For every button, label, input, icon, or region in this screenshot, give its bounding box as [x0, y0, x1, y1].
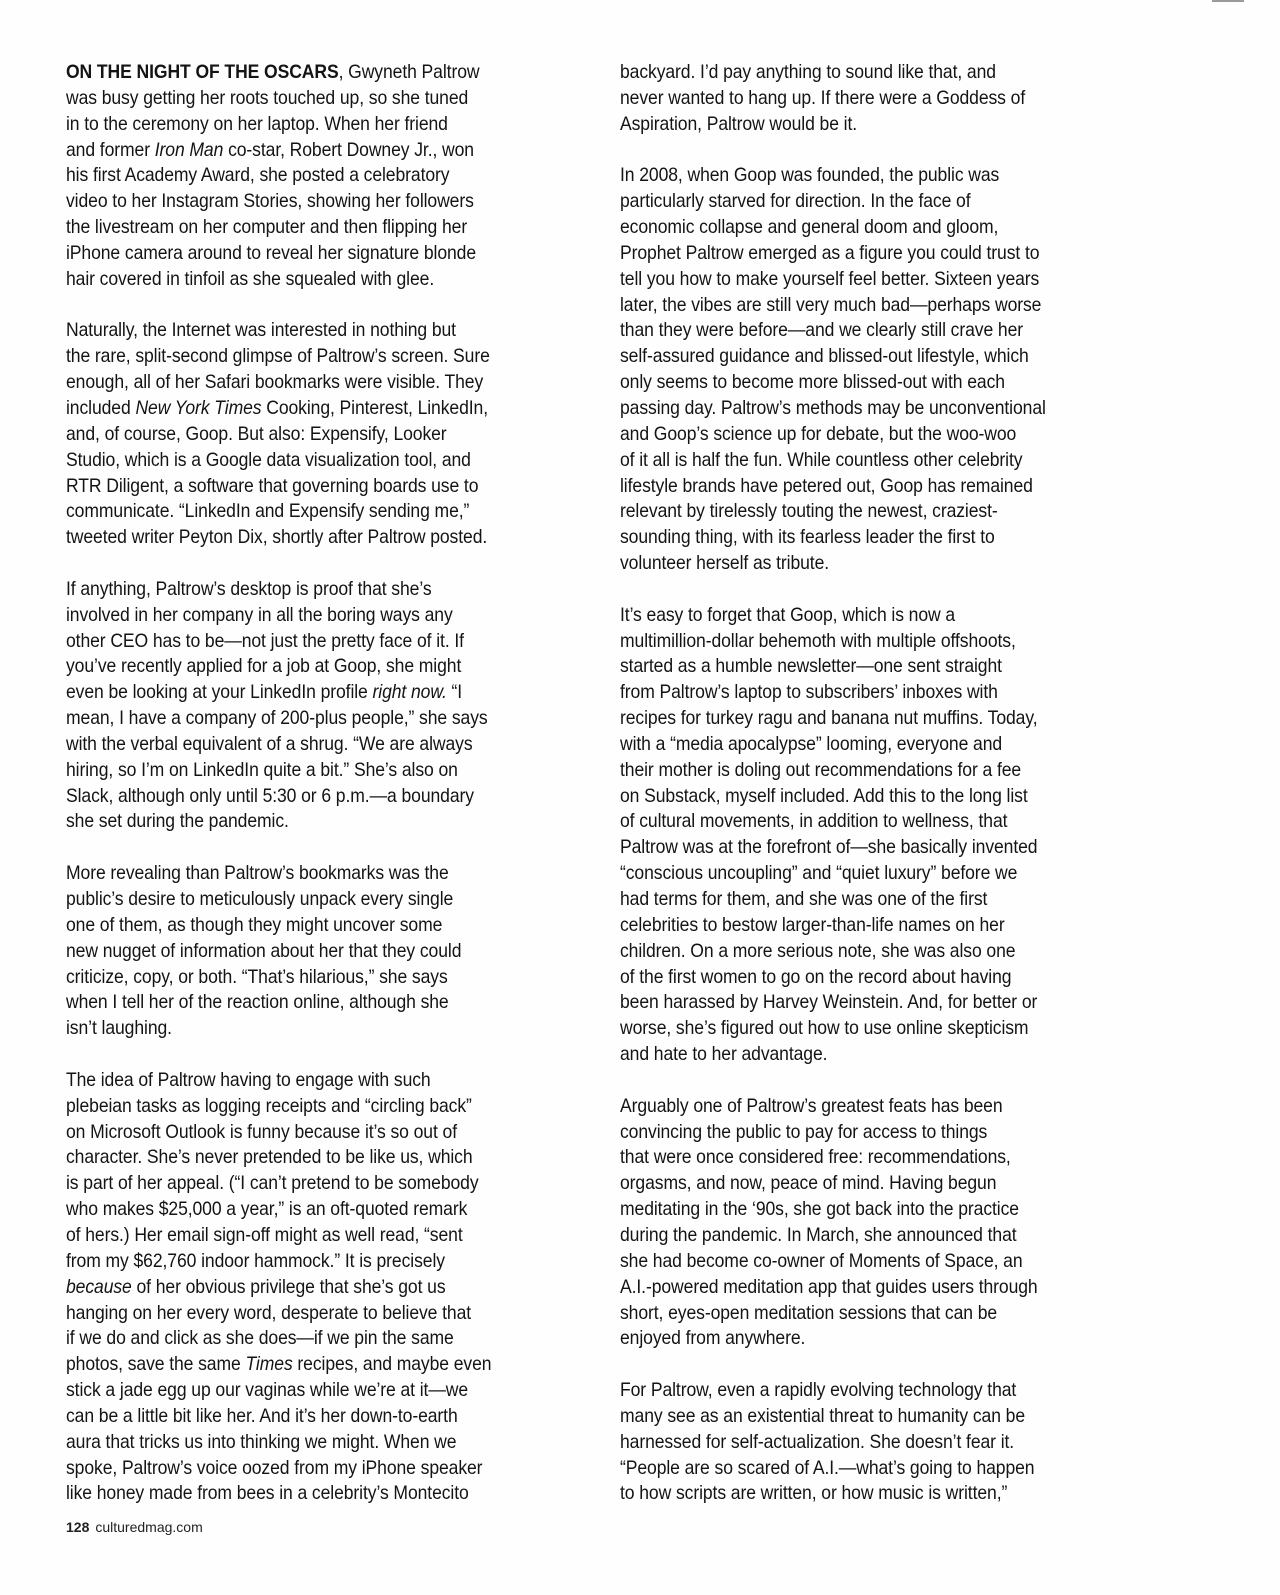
text-line: Slack, although only until 5:30 or 6 p.m… — [66, 784, 573, 810]
text-line: and, of course, Goop. But also: Expensif… — [66, 422, 573, 448]
text-run: is part of her appeal. (“I can’t pretend… — [66, 1172, 479, 1194]
paragraph-break — [620, 577, 1109, 603]
text-run: when I tell her of the reaction online, … — [66, 991, 449, 1013]
text-run: hiring, so I’m on LinkedIn quite a bit.”… — [66, 759, 458, 781]
text-run: character. She’s never pretended to be l… — [66, 1146, 473, 1168]
text-run: “I — [447, 681, 462, 703]
text-line: hanging on her every word, desperate to … — [66, 1301, 573, 1327]
text-line: hiring, so I’m on LinkedIn quite a bit.”… — [66, 758, 573, 784]
text-line: Studio, which is a Google data visualiza… — [66, 448, 573, 474]
text-run: if we do and click as she does—if we pin… — [66, 1327, 454, 1349]
text-run: particularly starved for direction. In t… — [620, 190, 971, 212]
text-line: backyard. I’d pay anything to sound like… — [620, 60, 1109, 86]
text-run: It’s easy to forget that Goop, which is … — [620, 604, 955, 626]
text-run: tell you how to make yourself feel bette… — [620, 268, 1039, 290]
text-line: other CEO has to be—not just the pretty … — [66, 629, 573, 655]
text-line: only seems to become more blissed-out wi… — [620, 370, 1109, 396]
text-line: character. She’s never pretended to be l… — [66, 1145, 573, 1171]
text-line: when I tell her of the reaction online, … — [66, 990, 573, 1016]
text-line: than they were before—and we clearly sti… — [620, 318, 1109, 344]
text-line: More revealing than Paltrow’s bookmarks … — [66, 861, 573, 887]
text-run: of the first women to go on the record a… — [620, 966, 1011, 988]
text-line: from my $62,760 indoor hammock.” It is p… — [66, 1249, 573, 1275]
text-line: one of them, as though they might uncove… — [66, 913, 573, 939]
text-line: enjoyed from anywhere. — [620, 1326, 1109, 1352]
text-line: convincing the public to pay for access … — [620, 1120, 1109, 1146]
page-number: 128 — [66, 1519, 89, 1535]
paragraph-break — [66, 1042, 573, 1068]
text-run: who makes $25,000 a year,” is an oft-quo… — [66, 1198, 467, 1220]
text-run: with the verbal equivalent of a shrug. “… — [66, 733, 473, 755]
text-line: the livestream on her computer and then … — [66, 215, 573, 241]
text-run: was busy getting her roots touched up, s… — [66, 87, 468, 109]
text-line: passing day. Paltrow’s methods may be un… — [620, 396, 1109, 422]
text-line: from Paltrow’s laptop to subscribers’ in… — [620, 680, 1109, 706]
text-line: public’s desire to meticulously unpack e… — [66, 887, 573, 913]
text-run: enough, all of her Safari bookmarks were… — [66, 371, 483, 393]
text-run: A.I.-powered meditation app that guides … — [620, 1276, 1038, 1298]
text-line: tell you how to make yourself feel bette… — [620, 267, 1109, 293]
text-line: self-assured guidance and blissed-out li… — [620, 344, 1109, 370]
text-run: she had become co-owner of Moments of Sp… — [620, 1250, 1023, 1272]
text-run: the rare, split-second glimpse of Paltro… — [66, 345, 490, 367]
text-run: aura that tricks us into thinking we mig… — [66, 1431, 456, 1453]
text-run: worse, she’s figured out how to use onli… — [620, 1017, 1028, 1039]
text-line: In 2008, when Goop was founded, the publ… — [620, 163, 1109, 189]
text-run: never wanted to hang up. If there were a… — [620, 87, 1025, 109]
text-run: meditating in the ‘90s, she got back int… — [620, 1198, 1019, 1220]
text-run: If anything, Paltrow’s desktop is proof … — [66, 578, 432, 600]
text-line: children. On a more serious note, she wa… — [620, 939, 1109, 965]
text-line: included New York Times Cooking, Pintere… — [66, 396, 573, 422]
text-line: communicate. “LinkedIn and Expensify sen… — [66, 499, 573, 525]
text-line: enough, all of her Safari bookmarks were… — [66, 370, 573, 396]
article-column-left: ON THE NIGHT OF THE OSCARS, Gwyneth Palt… — [66, 60, 626, 1507]
text-run: economic collapse and general doom and g… — [620, 216, 998, 238]
text-run: More revealing than Paltrow’s bookmarks … — [66, 862, 449, 884]
text-line: on Substack, myself included. Add this t… — [620, 784, 1109, 810]
text-line: spoke, Paltrow’s voice oozed from my iPh… — [66, 1456, 573, 1482]
text-run: Studio, which is a Google data visualiza… — [66, 449, 471, 471]
text-line: Prophet Paltrow emerged as a figure you … — [620, 241, 1109, 267]
text-run: of it all is half the fun. While countle… — [620, 449, 1022, 471]
text-line: ON THE NIGHT OF THE OSCARS, Gwyneth Palt… — [66, 60, 573, 86]
text-run: Prophet Paltrow emerged as a figure you … — [620, 242, 1039, 264]
text-line: celebrities to bestow larger-than-life n… — [620, 913, 1109, 939]
site-url: culturedmag.com — [95, 1519, 202, 1535]
text-line: started as a humble newsletter—one sent … — [620, 654, 1109, 680]
text-line: sounding thing, with its fearless leader… — [620, 525, 1109, 551]
text-line: worse, she’s figured out how to use onli… — [620, 1016, 1109, 1042]
text-run: stick a jade egg up our vaginas while we… — [66, 1379, 468, 1401]
text-run: from my $62,760 indoor hammock.” It is p… — [66, 1250, 445, 1272]
text-run: other CEO has to be—not just the pretty … — [66, 630, 464, 652]
text-run: of hers.) Her email sign-off might as we… — [66, 1224, 463, 1246]
text-run: photos, save the same — [66, 1353, 245, 1375]
text-line: The idea of Paltrow having to engage wit… — [66, 1068, 573, 1094]
text-run: one of them, as though they might uncove… — [66, 914, 442, 936]
text-run: had terms for them, and she was one of t… — [620, 888, 987, 910]
text-run: , Gwyneth Paltrow — [339, 61, 480, 83]
text-line: of it all is half the fun. While countle… — [620, 448, 1109, 474]
text-line: you’ve recently applied for a job at Goo… — [66, 654, 573, 680]
text-run: from Paltrow’s laptop to subscribers’ in… — [620, 681, 998, 703]
text-run: Naturally, the Internet was interested i… — [66, 319, 456, 341]
text-line: she set during the pandemic. — [66, 809, 573, 835]
italic-text: New York Times — [135, 397, 261, 419]
article-column-right: backyard. I’d pay anything to sound like… — [620, 60, 1160, 1507]
text-run: their mother is doling out recommendatio… — [620, 759, 1021, 781]
text-line: can be a little bit like her. And it’s h… — [66, 1404, 573, 1430]
text-line: A.I.-powered meditation app that guides … — [620, 1275, 1109, 1301]
paragraph-break — [620, 1068, 1109, 1094]
text-run: hanging on her every word, desperate to … — [66, 1302, 471, 1324]
text-line: his first Academy Award, she posted a ce… — [66, 163, 573, 189]
text-line: even be looking at your LinkedIn profile… — [66, 680, 573, 706]
text-run: multimillion-dollar behemoth with multip… — [620, 630, 1016, 652]
text-line: had terms for them, and she was one of t… — [620, 887, 1109, 913]
text-run: For Paltrow, even a rapidly evolving tec… — [620, 1379, 1016, 1401]
text-run: than they were before—and we clearly sti… — [620, 319, 1023, 341]
text-run: short, eyes-open meditation sessions tha… — [620, 1302, 997, 1324]
text-line: RTR Diligent, a software that governing … — [66, 474, 573, 500]
text-run: hair covered in tinfoil as she squealed … — [66, 268, 434, 290]
text-line: during the pandemic. In March, she annou… — [620, 1223, 1109, 1249]
italic-text: right now. — [373, 681, 447, 703]
text-run: recipes for turkey ragu and banana nut m… — [620, 707, 1038, 729]
italic-text: Iron Man — [155, 139, 224, 161]
text-run: of cultural movements, in addition to we… — [620, 810, 1007, 832]
text-run: been harassed by Harvey Weinstein. And, … — [620, 991, 1037, 1013]
text-line: with a “media apocalypse” looming, every… — [620, 732, 1109, 758]
text-run: isn’t laughing. — [66, 1017, 172, 1039]
text-line: Arguably one of Paltrow’s greatest feats… — [620, 1094, 1109, 1120]
text-run: Paltrow was at the forefront of—she basi… — [620, 836, 1037, 858]
text-line: and Goop’s science up for debate, but th… — [620, 422, 1109, 448]
text-run: enjoyed from anywhere. — [620, 1327, 805, 1349]
text-run: can be a little bit like her. And it’s h… — [66, 1405, 458, 1427]
text-run: Slack, although only until 5:30 or 6 p.m… — [66, 785, 474, 807]
text-line: with the verbal equivalent of a shrug. “… — [66, 732, 573, 758]
text-run: mean, I have a company of 200-plus peopl… — [66, 707, 488, 729]
text-run: communicate. “LinkedIn and Expensify sen… — [66, 500, 469, 522]
text-line: their mother is doling out recommendatio… — [620, 758, 1109, 784]
text-line: It’s easy to forget that Goop, which is … — [620, 603, 1109, 629]
text-line: relevant by tirelessly touting the newes… — [620, 499, 1109, 525]
text-line: iPhone camera around to reveal her signa… — [66, 241, 573, 267]
text-run: plebeian tasks as logging receipts and “… — [66, 1095, 472, 1117]
text-run: co-star, Robert Downey Jr., won — [223, 139, 474, 161]
text-run: started as a humble newsletter—one sent … — [620, 655, 1002, 677]
text-line: Aspiration, Paltrow would be it. — [620, 112, 1109, 138]
text-line: lifestyle brands have petered out, Goop … — [620, 474, 1109, 500]
text-line: short, eyes-open meditation sessions tha… — [620, 1301, 1109, 1327]
text-line: If anything, Paltrow’s desktop is proof … — [66, 577, 573, 603]
text-run: relevant by tirelessly touting the newes… — [620, 500, 998, 522]
text-run: harnessed for self-actualization. She do… — [620, 1431, 1014, 1453]
text-run: in to the ceremony on her laptop. When h… — [66, 113, 448, 135]
text-run: backyard. I’d pay anything to sound like… — [620, 61, 996, 83]
text-run: The idea of Paltrow having to engage wit… — [66, 1069, 431, 1091]
text-line: video to her Instagram Stories, showing … — [66, 189, 573, 215]
text-run: passing day. Paltrow’s methods may be un… — [620, 397, 1046, 419]
text-run: recipes, and maybe even — [293, 1353, 492, 1375]
text-run: you’ve recently applied for a job at Goo… — [66, 655, 461, 677]
text-line: that were once considered free: recommen… — [620, 1145, 1109, 1171]
paragraph-break — [620, 138, 1109, 164]
text-line: multimillion-dollar behemoth with multip… — [620, 629, 1109, 655]
text-line: is part of her appeal. (“I can’t pretend… — [66, 1171, 573, 1197]
text-line: “People are so scared of A.I.—what’s goi… — [620, 1456, 1109, 1482]
text-run: volunteer herself as tribute. — [620, 552, 829, 574]
paragraph-break — [620, 1352, 1109, 1378]
text-run: and Goop’s science up for debate, but th… — [620, 423, 1016, 445]
text-run: “conscious uncoupling” and “quiet luxury… — [620, 862, 1017, 884]
text-line: tweeted writer Peyton Dix, shortly after… — [66, 525, 573, 551]
magazine-page: ON THE NIGHT OF THE OSCARS, Gwyneth Palt… — [0, 0, 1280, 1595]
text-line: “conscious uncoupling” and “quiet luxury… — [620, 861, 1109, 887]
text-run: celebrities to bestow larger-than-life n… — [620, 914, 1005, 936]
text-line: recipes for turkey ragu and banana nut m… — [620, 706, 1109, 732]
text-run: and, of course, Goop. But also: Expensif… — [66, 423, 447, 445]
text-run: children. On a more serious note, she wa… — [620, 940, 1015, 962]
text-line: Paltrow was at the forefront of—she basi… — [620, 835, 1109, 861]
text-line: on Microsoft Outlook is funny because it… — [66, 1120, 573, 1146]
text-line: of cultural movements, in addition to we… — [620, 809, 1109, 835]
text-run: and former — [66, 139, 155, 161]
text-line: hair covered in tinfoil as she squealed … — [66, 267, 573, 293]
text-line: who makes $25,000 a year,” is an oft-quo… — [66, 1197, 573, 1223]
paragraph-break — [66, 551, 573, 577]
text-run: self-assured guidance and blissed-out li… — [620, 345, 1029, 367]
text-run: later, the vibes are still very much bad… — [620, 294, 1041, 316]
text-run: criticize, copy, or both. “That’s hilari… — [66, 966, 448, 988]
text-line: to how scripts are written, or how music… — [620, 1481, 1109, 1507]
text-line: isn’t laughing. — [66, 1016, 573, 1042]
text-run: lifestyle brands have petered out, Goop … — [620, 475, 1033, 497]
text-line: harnessed for self-actualization. She do… — [620, 1430, 1109, 1456]
text-run: even be looking at your LinkedIn profile — [66, 681, 373, 703]
text-run: tweeted writer Peyton Dix, shortly after… — [66, 526, 487, 548]
text-line: was busy getting her roots touched up, s… — [66, 86, 573, 112]
text-line: For Paltrow, even a rapidly evolving tec… — [620, 1378, 1109, 1404]
text-run: with a “media apocalypse” looming, every… — [620, 733, 1002, 755]
text-run: on Microsoft Outlook is funny because it… — [66, 1121, 457, 1143]
text-run: spoke, Paltrow’s voice oozed from my iPh… — [66, 1457, 482, 1479]
text-line: orgasms, and now, peace of mind. Having … — [620, 1171, 1109, 1197]
text-run: of her obvious privilege that she’s got … — [132, 1276, 446, 1298]
text-run: and hate to her advantage. — [620, 1043, 827, 1065]
text-line: of hers.) Her email sign-off might as we… — [66, 1223, 573, 1249]
text-run: to how scripts are written, or how music… — [620, 1482, 1007, 1504]
text-run: orgasms, and now, peace of mind. Having … — [620, 1172, 996, 1194]
text-run: included — [66, 397, 135, 419]
text-run: Cooking, Pinterest, LinkedIn, — [261, 397, 488, 419]
text-line: in to the ceremony on her laptop. When h… — [66, 112, 573, 138]
text-line: many see as an existential threat to hum… — [620, 1404, 1109, 1430]
text-run: that were once considered free: recommen… — [620, 1146, 1011, 1168]
text-line: if we do and click as she does—if we pin… — [66, 1326, 573, 1352]
text-line: never wanted to hang up. If there were a… — [620, 86, 1109, 112]
text-run: Arguably one of Paltrow’s greatest feats… — [620, 1095, 1003, 1117]
text-run: public’s desire to meticulously unpack e… — [66, 888, 453, 910]
text-line: because of her obvious privilege that sh… — [66, 1275, 573, 1301]
paragraph-break — [66, 835, 573, 861]
text-line: the rare, split-second glimpse of Paltro… — [66, 344, 573, 370]
text-run: the livestream on her computer and then … — [66, 216, 467, 238]
italic-text: Times — [245, 1353, 292, 1375]
text-run: new nugget of information about her that… — [66, 940, 461, 962]
text-line: photos, save the same Times recipes, and… — [66, 1352, 573, 1378]
text-line: and hate to her advantage. — [620, 1042, 1109, 1068]
text-run: only seems to become more blissed-out wi… — [620, 371, 1005, 393]
text-run: involved in her company in all the borin… — [66, 604, 453, 626]
text-line: plebeian tasks as logging receipts and “… — [66, 1094, 573, 1120]
text-line: of the first women to go on the record a… — [620, 965, 1109, 991]
text-line: involved in her company in all the borin… — [66, 603, 573, 629]
page-footer: 128culturedmag.com — [66, 1519, 203, 1535]
text-run: video to her Instagram Stories, showing … — [66, 190, 474, 212]
text-run: iPhone camera around to reveal her signa… — [66, 242, 476, 264]
text-run: during the pandemic. In March, she annou… — [620, 1224, 1017, 1246]
text-run: his first Academy Award, she posted a ce… — [66, 164, 449, 186]
text-line: later, the vibes are still very much bad… — [620, 293, 1109, 319]
text-line: mean, I have a company of 200-plus peopl… — [66, 706, 573, 732]
text-run: sounding thing, with its fearless leader… — [620, 526, 995, 548]
text-line: aura that tricks us into thinking we mig… — [66, 1430, 573, 1456]
text-line: meditating in the ‘90s, she got back int… — [620, 1197, 1109, 1223]
text-run: many see as an existential threat to hum… — [620, 1405, 1025, 1427]
text-line: new nugget of information about her that… — [66, 939, 573, 965]
text-line: Naturally, the Internet was interested i… — [66, 318, 573, 344]
text-run: RTR Diligent, a software that governing … — [66, 475, 478, 497]
text-run: convincing the public to pay for access … — [620, 1121, 987, 1143]
text-line: volunteer herself as tribute. — [620, 551, 1109, 577]
paragraph-break — [66, 293, 573, 319]
text-line: criticize, copy, or both. “That’s hilari… — [66, 965, 573, 991]
text-run: In 2008, when Goop was founded, the publ… — [620, 164, 999, 186]
text-run: on Substack, myself included. Add this t… — [620, 785, 1028, 807]
italic-text: because — [66, 1276, 132, 1298]
page-corner-rule — [1212, 0, 1244, 2]
text-line: like honey made from bees in a celebrity… — [66, 1481, 573, 1507]
text-line: and former Iron Man co-star, Robert Down… — [66, 138, 573, 164]
text-line: economic collapse and general doom and g… — [620, 215, 1109, 241]
text-line: she had become co-owner of Moments of Sp… — [620, 1249, 1109, 1275]
text-line: stick a jade egg up our vaginas while we… — [66, 1378, 573, 1404]
text-run: “People are so scared of A.I.—what’s goi… — [620, 1457, 1034, 1479]
text-run: she set during the pandemic. — [66, 810, 289, 832]
text-line: particularly starved for direction. In t… — [620, 189, 1109, 215]
text-run: Aspiration, Paltrow would be it. — [620, 113, 857, 135]
text-line: been harassed by Harvey Weinstein. And, … — [620, 990, 1109, 1016]
bold-text: ON THE NIGHT OF THE OSCARS — [66, 61, 339, 83]
text-run: like honey made from bees in a celebrity… — [66, 1482, 469, 1504]
